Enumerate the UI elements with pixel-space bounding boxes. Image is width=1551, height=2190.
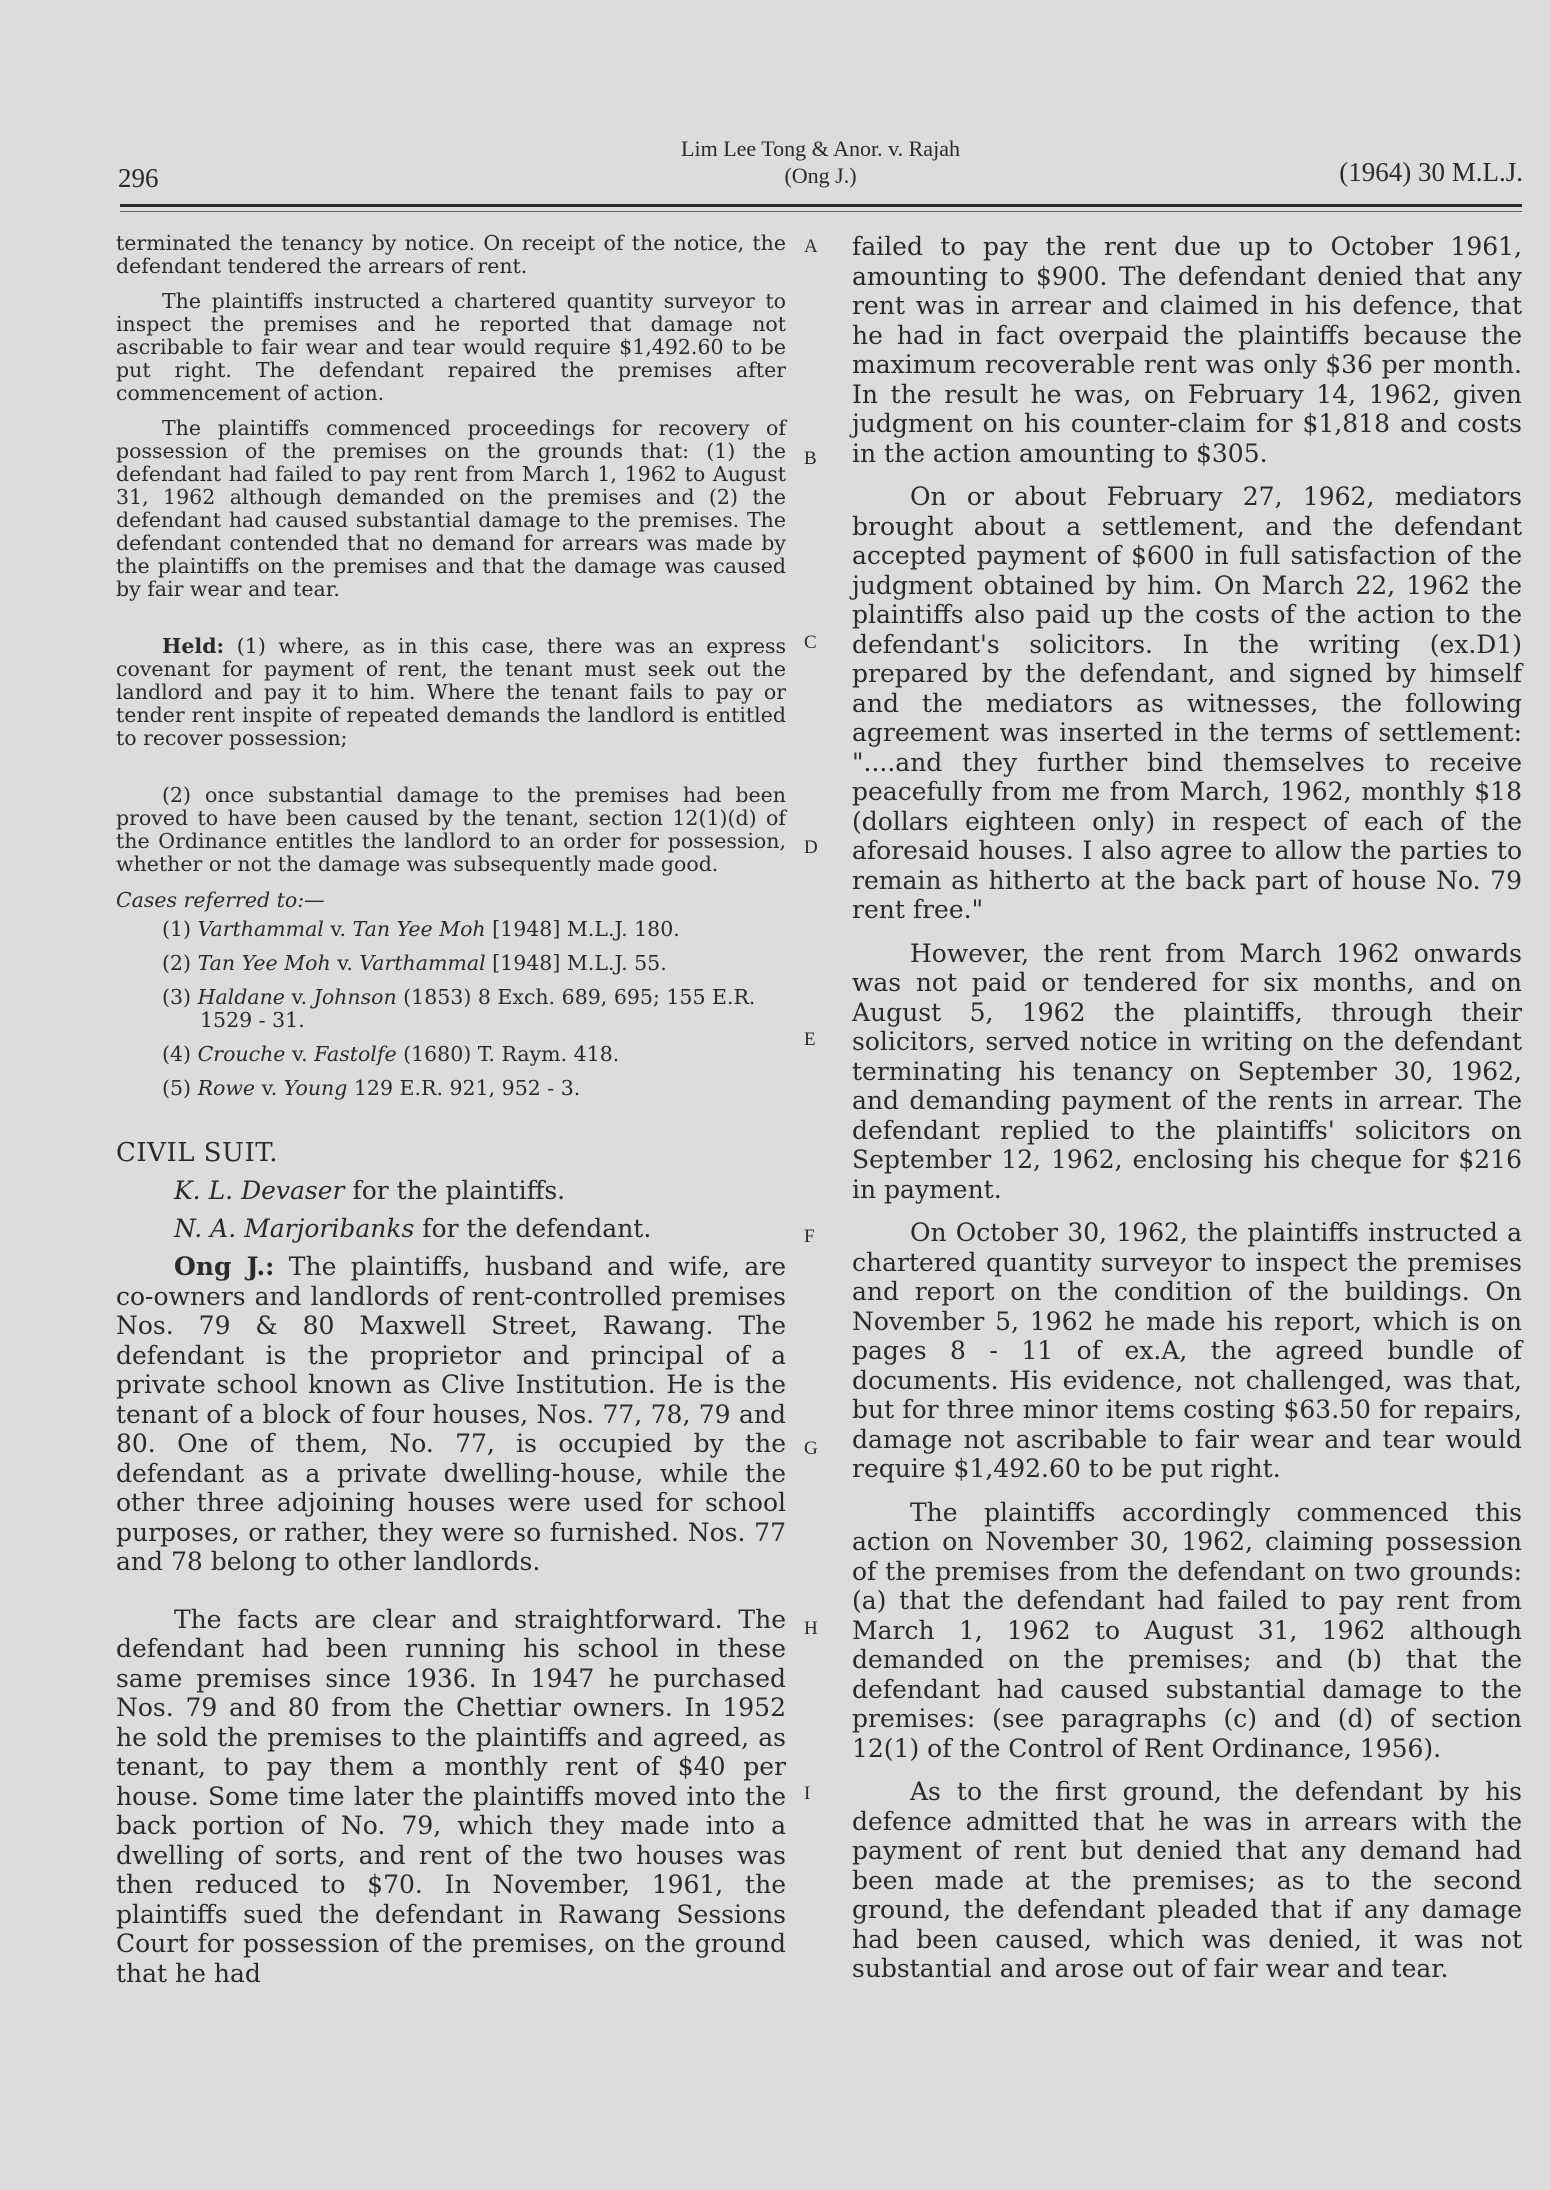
margin-letter: E: [804, 1029, 816, 1051]
judgment-left: Ong J.: The plaintiffs, husband and wife…: [116, 1252, 786, 1988]
case-item: (3) Haldane v. Johnson (1853) 8 Exch. 68…: [162, 986, 786, 1032]
case-item: (2) Tan Yee Moh v. Varthammal [1948] M.L…: [162, 952, 786, 975]
margin-letter: G: [804, 1438, 818, 1460]
header-rule: [120, 204, 1522, 207]
margin-letter: I: [804, 1783, 810, 1805]
judgment-para: On or about February 27, 1962, mediators…: [852, 482, 1522, 925]
held-label: Held:: [162, 634, 224, 658]
running-title: Lim Lee Tong & Anor. v. Rajah (Ong J.): [118, 135, 1523, 189]
headnote: terminated the tenancy by notice. On rec…: [116, 232, 786, 876]
margin-letter: F: [804, 1226, 815, 1248]
judgment-para: As to the first ground, the defendant by…: [852, 1777, 1522, 1984]
header-rule-thin: [120, 211, 1522, 212]
case-item: (5) Rowe v. Young 129 E.R. 921, 952 - 3.: [162, 1077, 786, 1100]
right-column: A B failed to pay the rent due up to Oct…: [852, 232, 1522, 1998]
case-name: Lim Lee Tong & Anor. v. Rajah: [118, 135, 1523, 162]
margin-letter: C: [804, 632, 817, 654]
case-item: (4) Crouche v. Fastolfe (1680) T. Raym. …: [162, 1043, 786, 1066]
margin-letter: A: [804, 236, 818, 258]
counsel-plaintiffs: K. L. Devaser for the plaintiffs.: [174, 1176, 786, 1206]
judgment-para: On October 30, 1962, the plaintiffs inst…: [852, 1218, 1522, 1484]
headnote-para: terminated the tenancy by notice. On rec…: [116, 232, 786, 278]
suit-title: CIVIL SUIT.: [116, 1138, 786, 1168]
judgment-para: The plaintiffs accordingly commenced thi…: [852, 1498, 1522, 1764]
cases-heading: Cases referred to:—: [116, 888, 786, 912]
margin-letter: B: [804, 448, 817, 470]
held-1: Held: (1) where, as in this case, there …: [116, 635, 786, 750]
margin-letter: H: [804, 1618, 818, 1640]
cases-list: (1) Varthammal v. Tan Yee Moh [1948] M.L…: [116, 918, 786, 1100]
page-header: 296 Lim Lee Tong & Anor. v. Rajah (Ong J…: [118, 135, 1523, 195]
judgment-para: However, the rent from March 1962 onward…: [852, 939, 1522, 1205]
judgment-para: The facts are clear and straightforward.…: [116, 1605, 786, 1989]
margin-letter: D: [804, 837, 818, 859]
judge-name: (Ong J.): [118, 162, 1523, 189]
judgment-para: failed to pay the rent due up to October…: [852, 232, 1522, 468]
headnote-para: The plaintiffs instructed a chartered qu…: [116, 290, 786, 405]
judge-label: Ong J.:: [174, 1252, 274, 1281]
report-citation: (1964) 30 M.L.J.: [1339, 157, 1523, 188]
left-column: terminated the tenancy by notice. On rec…: [116, 232, 786, 2002]
counsel-defendant: N. A. Marjoribanks for the defendant.: [174, 1214, 786, 1244]
document-page: 296 Lim Lee Tong & Anor. v. Rajah (Ong J…: [0, 0, 1551, 2190]
held-2: (2) once substantial damage to the premi…: [116, 784, 786, 876]
judgment-para: Ong J.: The plaintiffs, husband and wife…: [116, 1252, 786, 1577]
case-item: (1) Varthammal v. Tan Yee Moh [1948] M.L…: [162, 918, 786, 941]
headnote-para: The plaintiffs commenced proceedings for…: [116, 417, 786, 601]
